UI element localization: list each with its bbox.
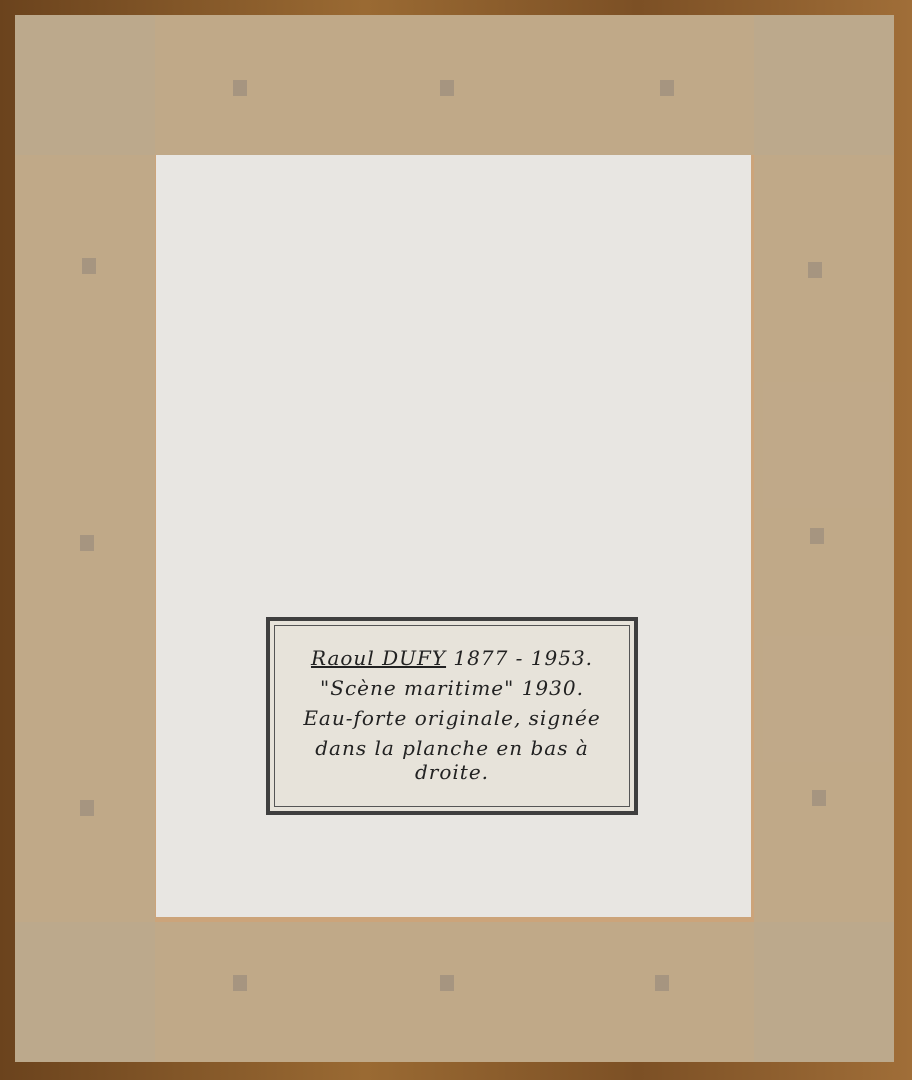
handwritten-label: Raoul DUFY 1877 - 1953. "Scène maritime"… (266, 617, 638, 815)
artist-name: Raoul DUFY (311, 646, 446, 670)
frame-clip (82, 258, 96, 274)
frame-clip (808, 262, 822, 278)
title-line: "Scène maritime" 1930. (283, 676, 621, 700)
frame-clip (812, 790, 826, 806)
frame-clip (440, 975, 454, 991)
technique-line: Eau-forte originale, signée (283, 706, 621, 730)
artist-years: 1877 - 1953. (453, 646, 593, 670)
frame-clip (655, 975, 669, 991)
frame-clip (440, 80, 454, 96)
artist-line: Raoul DUFY 1877 - 1953. (283, 646, 621, 670)
signature-line: dans la planche en bas à droite. (283, 736, 621, 784)
frame-clip (233, 975, 247, 991)
tape-right (754, 15, 894, 1062)
frame-clip (80, 535, 94, 551)
frame-clip (233, 80, 247, 96)
frame-clip (810, 528, 824, 544)
frame-clip (80, 800, 94, 816)
frame-clip (660, 80, 674, 96)
